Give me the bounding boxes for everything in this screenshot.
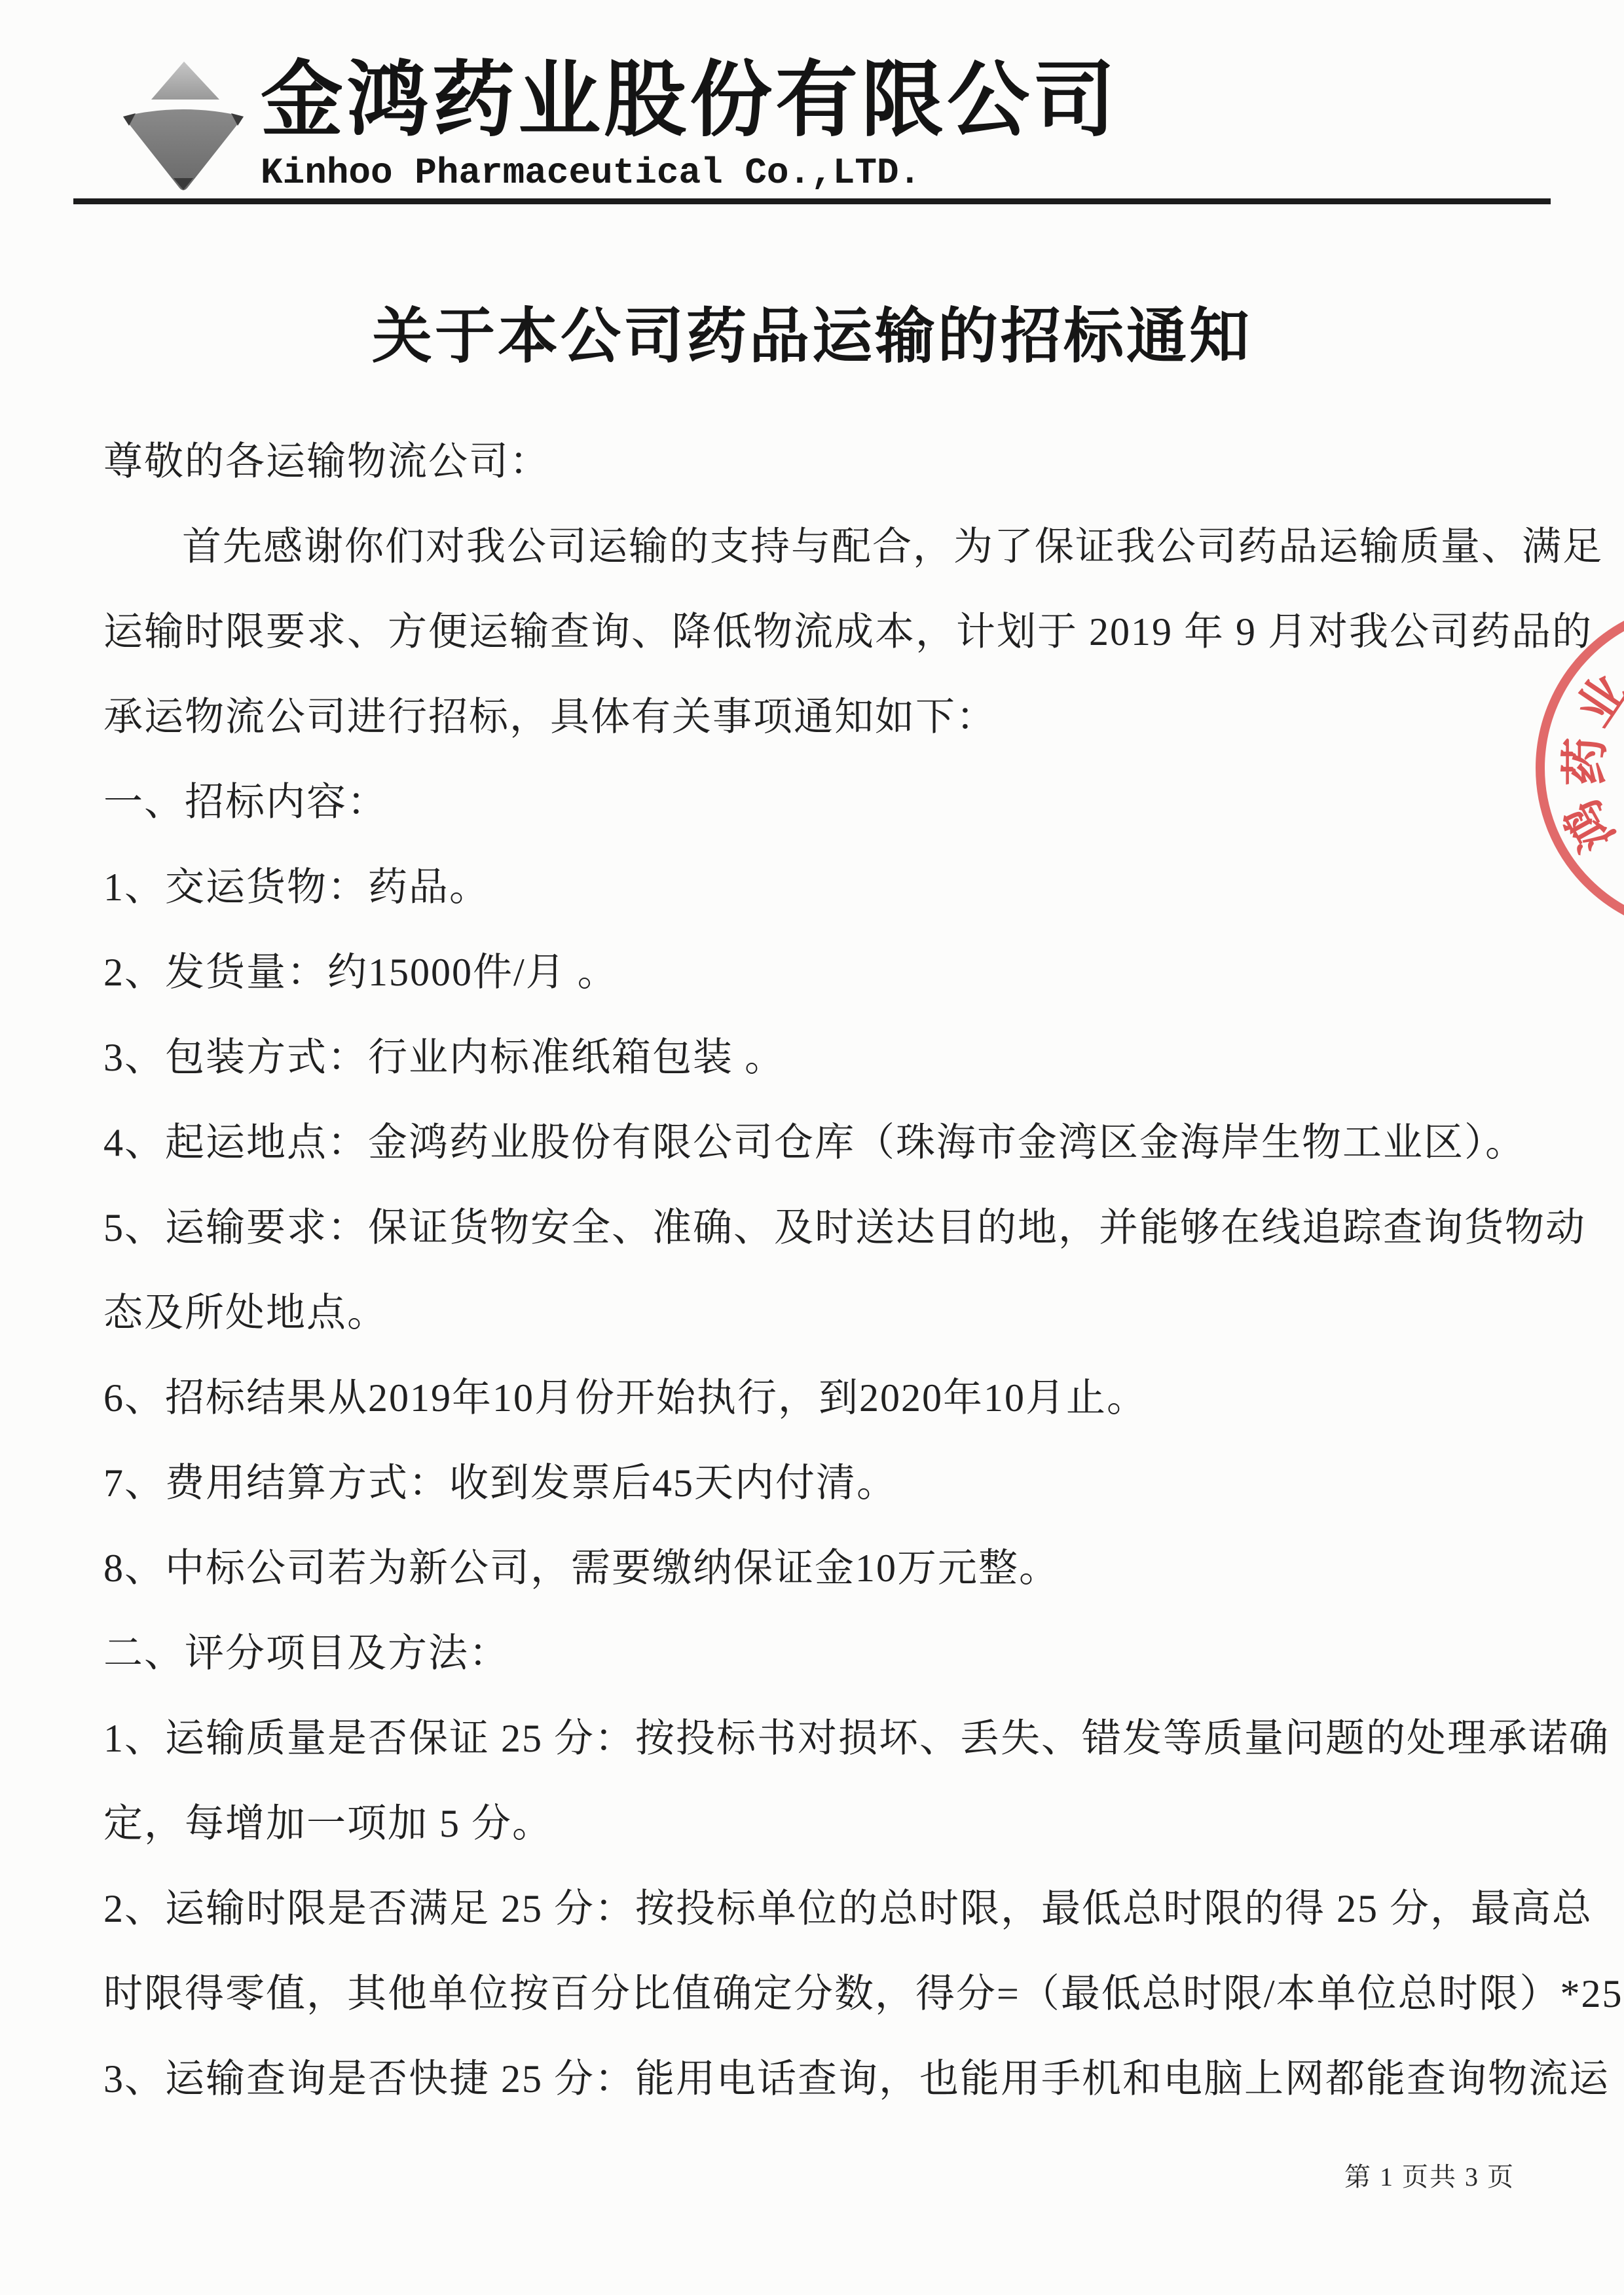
body-text-line: 8、中标公司若为新公司，需要缴纳保证金10万元整。: [103, 1526, 1538, 1611]
body-text-line: 承运物流公司进行招标，具体有关事项通知如下：: [103, 674, 1538, 760]
body-text-line: 4、起运地点：金鸿药业股份有限公司仓库（珠海市金湾区金海岸生物工业区）。: [103, 1100, 1538, 1185]
seal-character: 药: [1547, 737, 1616, 786]
body-text-line: 2、发货量：约15000件/月 。: [103, 930, 1538, 1015]
body-text-line: 二、评分项目及方法：: [103, 1611, 1538, 1696]
body-text-line: 定，每增加一项加 5 分。: [103, 1781, 1538, 1866]
body-text-line: 5、运输要求：保证货物安全、准确、及时送达目的地，并能够在线追踪查询货物动: [103, 1185, 1538, 1270]
page-number: 第 1 页共 3 页: [1344, 2157, 1515, 2197]
letterhead-divider: [73, 198, 1551, 204]
document-body: 尊敬的各运输物流公司： 首先感谢你们对我公司运输的支持与配合，为了保证我公司药品…: [103, 419, 1538, 2121]
company-name-english: Kinhoo Pharmaceutical Co.,LTD.: [261, 153, 921, 193]
body-text-line: 态及所处地点。: [103, 1270, 1538, 1355]
document-title: 关于本公司药品运输的招标通知: [0, 300, 1624, 373]
document-page: 金鸿药业股份有限公司 Kinhoo Pharmaceutical Co.,LTD…: [0, 0, 1624, 2295]
body-text-line: 1、运输质量是否保证 25 分：按投标书对损坏、丢失、错发等质量问题的处理承诺确: [103, 1696, 1538, 1781]
body-text-line: 3、包装方式：行业内标准纸箱包装 。: [103, 1015, 1538, 1100]
seal-character: 业: [1557, 659, 1624, 738]
body-text-line: 1、交运货物：药品。: [103, 845, 1538, 930]
body-text-line: 7、费用结算方式：收到发票后45天内付清。: [103, 1441, 1538, 1526]
company-logo-diamond-icon: [121, 59, 246, 193]
body-text-line: 时限得零值，其他单位按百分比值确定分数，得分=（最低总时限/本单位总时限）*25…: [103, 1951, 1538, 2036]
company-name-chinese: 金鸿药业股份有限公司: [261, 51, 1118, 149]
body-text-line: 2、运输时限是否满足 25 分：按投标单位的总时限，最低总时限的得 25 分，最…: [103, 1866, 1538, 1951]
body-text-line: 3、运输查询是否快捷 25 分：能用电话查询，也能用手机和电脑上网都能查询物流运: [103, 2036, 1538, 2121]
seal-character: 鸿: [1545, 789, 1624, 865]
body-text-line: 首先感谢你们对我公司运输的支持与配合，为了保证我公司药品运输质量、满足: [103, 504, 1538, 589]
body-text-line: 尊敬的各运输物流公司：: [103, 419, 1538, 504]
body-text-line: 6、招标结果从2019年10月份开始执行，到2020年10月止。: [103, 1355, 1538, 1441]
body-text-line: 运输时限要求、方便运输查询、降低物流成本，计划于 2019 年 9 月对我公司药…: [103, 589, 1538, 674]
body-text-line: 一、招标内容：: [103, 760, 1538, 845]
